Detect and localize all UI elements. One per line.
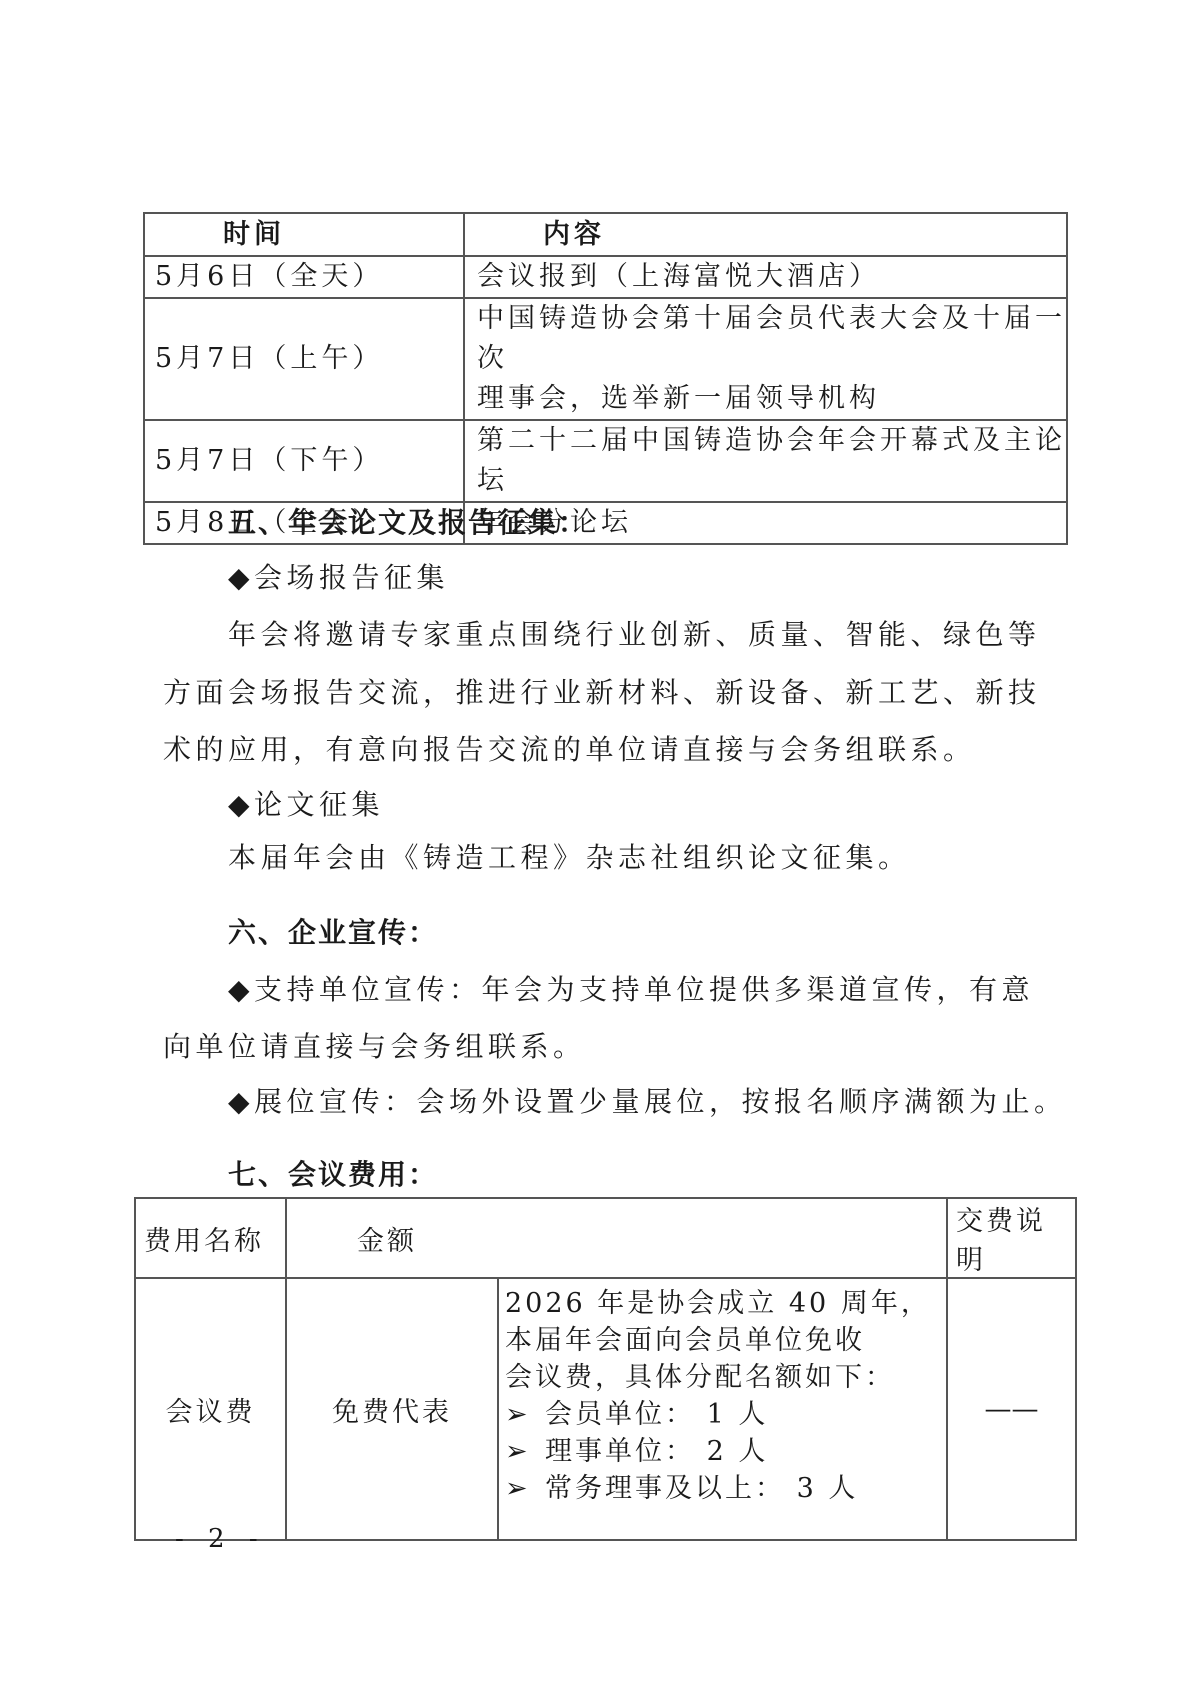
row-time: 5月6日（全天） [144, 256, 464, 298]
quota-count: 1 人 [707, 1399, 769, 1430]
fee-description: 2026 年是协会成立 40 周年， 本届年会面向会员单位免收 会议费，具体分配… [498, 1278, 947, 1540]
fee-note: —— [947, 1278, 1076, 1540]
page-number: - 2 - [175, 1524, 266, 1554]
paragraph-line: 向单位请直接与会务组联系。 [163, 1029, 586, 1065]
paragraph-line: 年会将邀请专家重点围绕行业创新、质量、智能、绿色等 [228, 617, 1041, 653]
section-heading-6: 六、企业宣传： [228, 915, 438, 951]
arrow-bullet-icon: ➢ [505, 1470, 545, 1507]
quota-label: 常务理事及以上： [545, 1473, 785, 1504]
schedule-header-row: 时间 内容 [144, 213, 1067, 256]
quota-item: ➢理事单位： 2 人 [505, 1433, 946, 1470]
paragraph-line: ◆展位宣传：会场外设置少量展位，按报名顺序满额为止。 [228, 1084, 1067, 1120]
subsection-title-report: ◆会场报告征集 [228, 560, 449, 596]
table-row: 会议费 免费代表 2026 年是协会成立 40 周年， 本届年会面向会员单位免收… [135, 1278, 1076, 1540]
quota-count: 2 人 [707, 1436, 769, 1467]
header-amount: 金额 [286, 1198, 498, 1278]
description-line: 会议费，具体分配名额如下： [505, 1359, 946, 1396]
section-heading-7: 七、会议费用： [228, 1157, 438, 1193]
table-row: 5月7日（下午） 第二十二届中国铸造协会年会开幕式及主论坛 [144, 420, 1067, 502]
table-row: 5月7日（上午） 中国铸造协会第十届会员代表大会及十届一次 理事会，选举新一届领… [144, 298, 1067, 420]
paragraph-line: 方面会场报告交流，推进行业新材料、新设备、新工艺、新技 [163, 675, 1041, 711]
fee-name: 会议费 [135, 1278, 286, 1540]
description-line: 本届年会面向会员单位免收 [505, 1322, 946, 1359]
row-content: 会议报到（上海富悦大酒店） [464, 256, 1067, 298]
header-amount-span [498, 1198, 947, 1278]
header-fee-name: 费用名称 [135, 1198, 286, 1278]
fee-category: 免费代表 [286, 1278, 498, 1540]
quota-item: ➢常务理事及以上： 3 人 [505, 1470, 946, 1507]
paragraph-line: 本届年会由《铸造工程》杂志社组织论文征集。 [228, 840, 911, 876]
quota-label: 理事单位： [545, 1436, 695, 1467]
header-note: 交费说明 [947, 1198, 1076, 1278]
arrow-bullet-icon: ➢ [505, 1396, 545, 1433]
quota-item: ➢会员单位： 1 人 [505, 1396, 946, 1433]
paragraph-line: ◆支持单位宣传：年会为支持单位提供多渠道宣传，有意 [228, 972, 1034, 1008]
quota-label: 会员单位： [545, 1399, 695, 1430]
row-time: 5月7日（下午） [144, 420, 464, 502]
description-line: 2026 年是协会成立 40 周年， [505, 1285, 946, 1322]
row-time: 5月7日（上午） [144, 298, 464, 420]
row-content: 第二十二届中国铸造协会年会开幕式及主论坛 [464, 420, 1067, 502]
section-heading-5: 五、年会论文及报告征集： [228, 505, 588, 541]
header-content: 内容 [464, 213, 1067, 256]
content-line: 中国铸造协会第十届会员代表大会及十届一次 [477, 299, 1066, 379]
header-time: 时间 [144, 213, 464, 256]
quota-count: 3 人 [797, 1473, 859, 1504]
subsection-title-papers: ◆论文征集 [228, 787, 384, 823]
note-dash: —— [985, 1394, 1039, 1425]
table-row: 5月6日（全天） 会议报到（上海富悦大酒店） [144, 256, 1067, 298]
arrow-bullet-icon: ➢ [505, 1433, 545, 1470]
schedule-table: 时间 内容 5月6日（全天） 会议报到（上海富悦大酒店） 5月7日（上午） 中国… [143, 212, 1068, 545]
fee-header-row: 费用名称 金额 交费说明 [135, 1198, 1076, 1278]
content-line: 理事会，选举新一届领导机构 [477, 379, 1066, 419]
row-content: 中国铸造协会第十届会员代表大会及十届一次 理事会，选举新一届领导机构 [464, 298, 1067, 420]
fee-table: 费用名称 金额 交费说明 会议费 免费代表 2026 年是协会成立 40 周年，… [134, 1197, 1077, 1541]
paragraph-line: 术的应用，有意向报告交流的单位请直接与会务组联系。 [163, 732, 976, 768]
